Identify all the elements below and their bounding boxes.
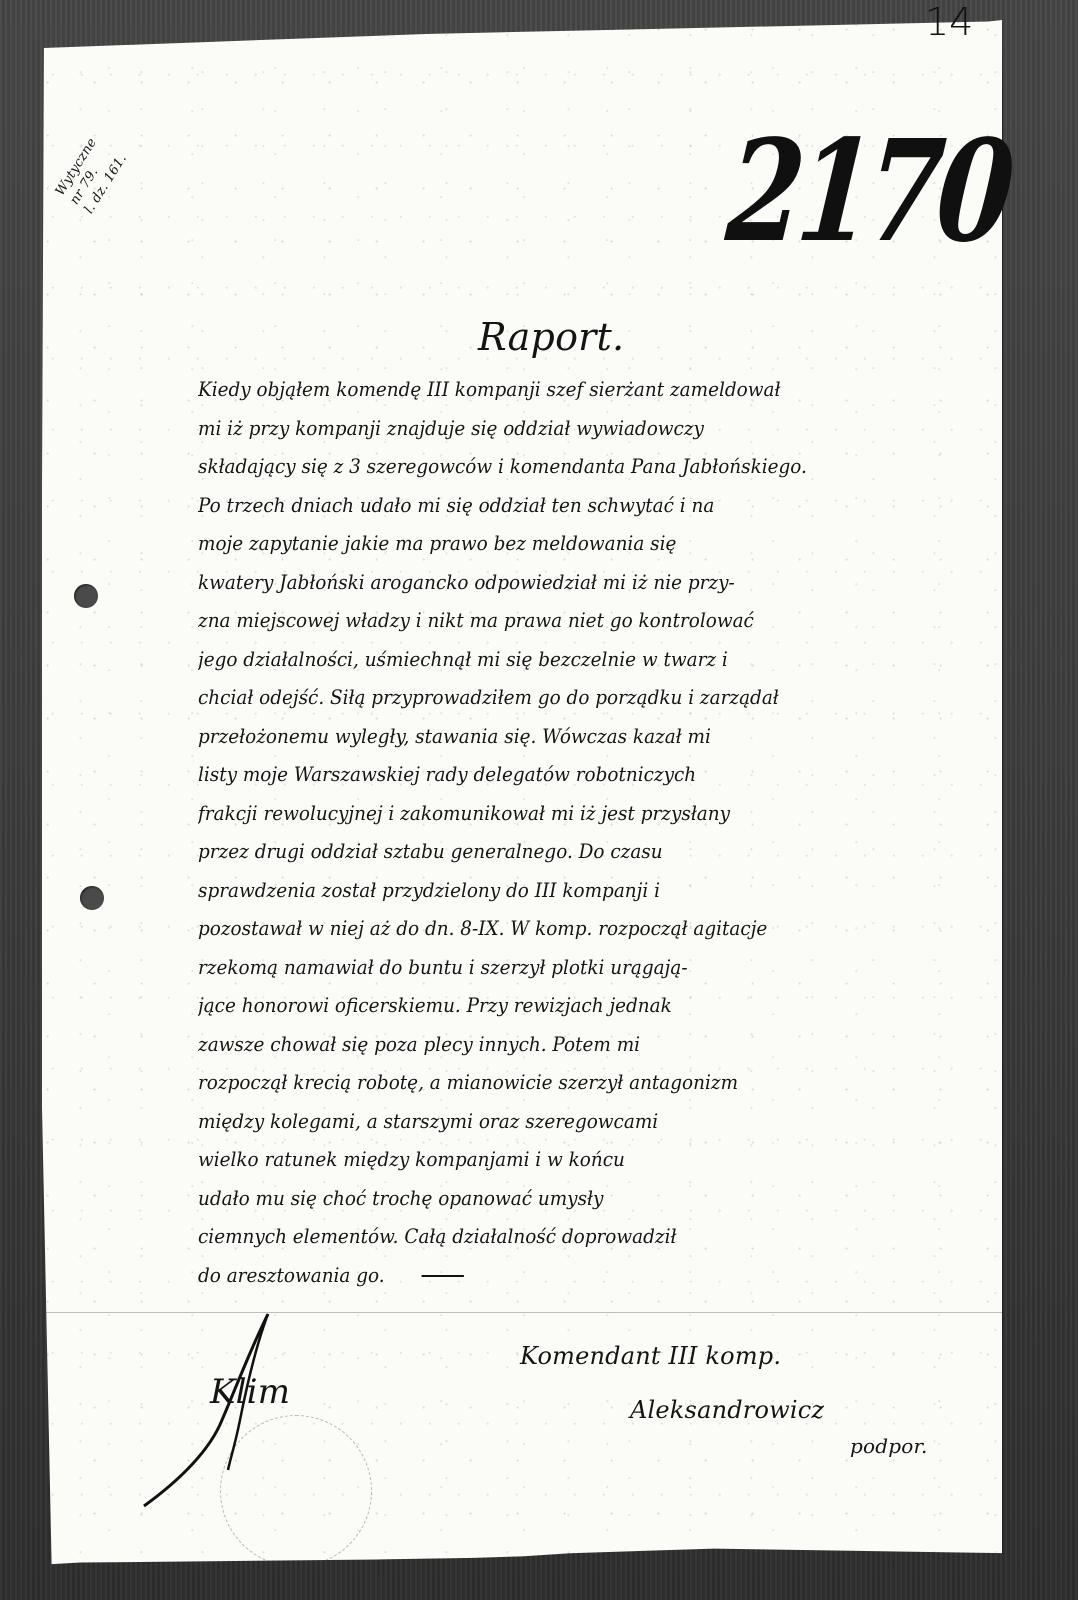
body-line: między kolegami, a starszymi oraz szereg… bbox=[198, 1102, 962, 1141]
signer-role: Komendant III komp. bbox=[520, 1342, 781, 1370]
file-number: 2170 bbox=[722, 110, 1014, 274]
folio-number: 14 bbox=[925, 0, 973, 44]
body-line: frakcji rewolucyjnej i zakomunikował mi … bbox=[198, 794, 962, 833]
body-line: przełożonemu wyległy, stawania się. Wówc… bbox=[198, 717, 962, 756]
body-line: wielko ratunek między kompanjami i w koń… bbox=[198, 1140, 962, 1179]
closing-dash bbox=[421, 1275, 463, 1277]
body-line: jego działalności, uśmiechnął mi się bez… bbox=[198, 640, 962, 679]
body-line: rozpoczął krecią robotę, a mianowicie sz… bbox=[198, 1063, 962, 1102]
left-signature-text: Klim bbox=[210, 1372, 290, 1412]
body-line: udało mu się choć trochę opanować umysły bbox=[198, 1179, 962, 1218]
body-line: sprawdzenia został przydzielony do III k… bbox=[198, 871, 962, 910]
body-line-text: do aresztowania go. bbox=[198, 1263, 385, 1287]
body-line: zna miejscowej władzy i nikt ma prawa ni… bbox=[198, 601, 962, 640]
document-title: Raport. bbox=[478, 315, 624, 359]
body-line: Kiedy objąłem komendę III kompanji szef … bbox=[198, 370, 962, 409]
body-line: Po trzech dniach udało mi się oddział te… bbox=[198, 486, 962, 525]
punch-hole-bottom bbox=[80, 886, 104, 910]
body-line: składający się z 3 szeregowców i komenda… bbox=[198, 447, 962, 486]
body-line: rzekomą namawiał do buntu i szerzył plot… bbox=[198, 948, 962, 987]
body-line: zawsze chował się poza plecy innych. Pot… bbox=[198, 1025, 962, 1064]
body-line: kwatery Jabłoński arogancko odpowiedział… bbox=[198, 563, 962, 602]
signer-rank: podpor. bbox=[850, 1434, 928, 1458]
report-body: Kiedy objąłem komendę III kompanji szef … bbox=[198, 370, 1028, 1294]
body-line: listy moje Warszawskiej rady delegatów r… bbox=[198, 755, 962, 794]
body-line: mi iż przy kompanji znajduje się oddział… bbox=[198, 409, 962, 448]
body-line: ciemnych elementów. Całą działalność dop… bbox=[198, 1217, 962, 1256]
body-line: chciał odejść. Siłą przyprowadziłem go d… bbox=[198, 678, 962, 717]
body-line: moje zapytanie jakie ma prawo bez meldow… bbox=[198, 524, 962, 563]
body-line-final: do aresztowania go. bbox=[198, 1256, 962, 1295]
body-line: przez drugi oddział sztabu generalnego. … bbox=[198, 832, 962, 871]
punch-hole-top bbox=[74, 584, 98, 608]
body-line: pozostawał w niej aż do dn. 8-IX. W komp… bbox=[198, 909, 962, 948]
body-line: jące honorowi oficerskiemu. Przy rewizja… bbox=[198, 986, 962, 1025]
signer-name: Aleksandrowicz bbox=[630, 1396, 824, 1424]
